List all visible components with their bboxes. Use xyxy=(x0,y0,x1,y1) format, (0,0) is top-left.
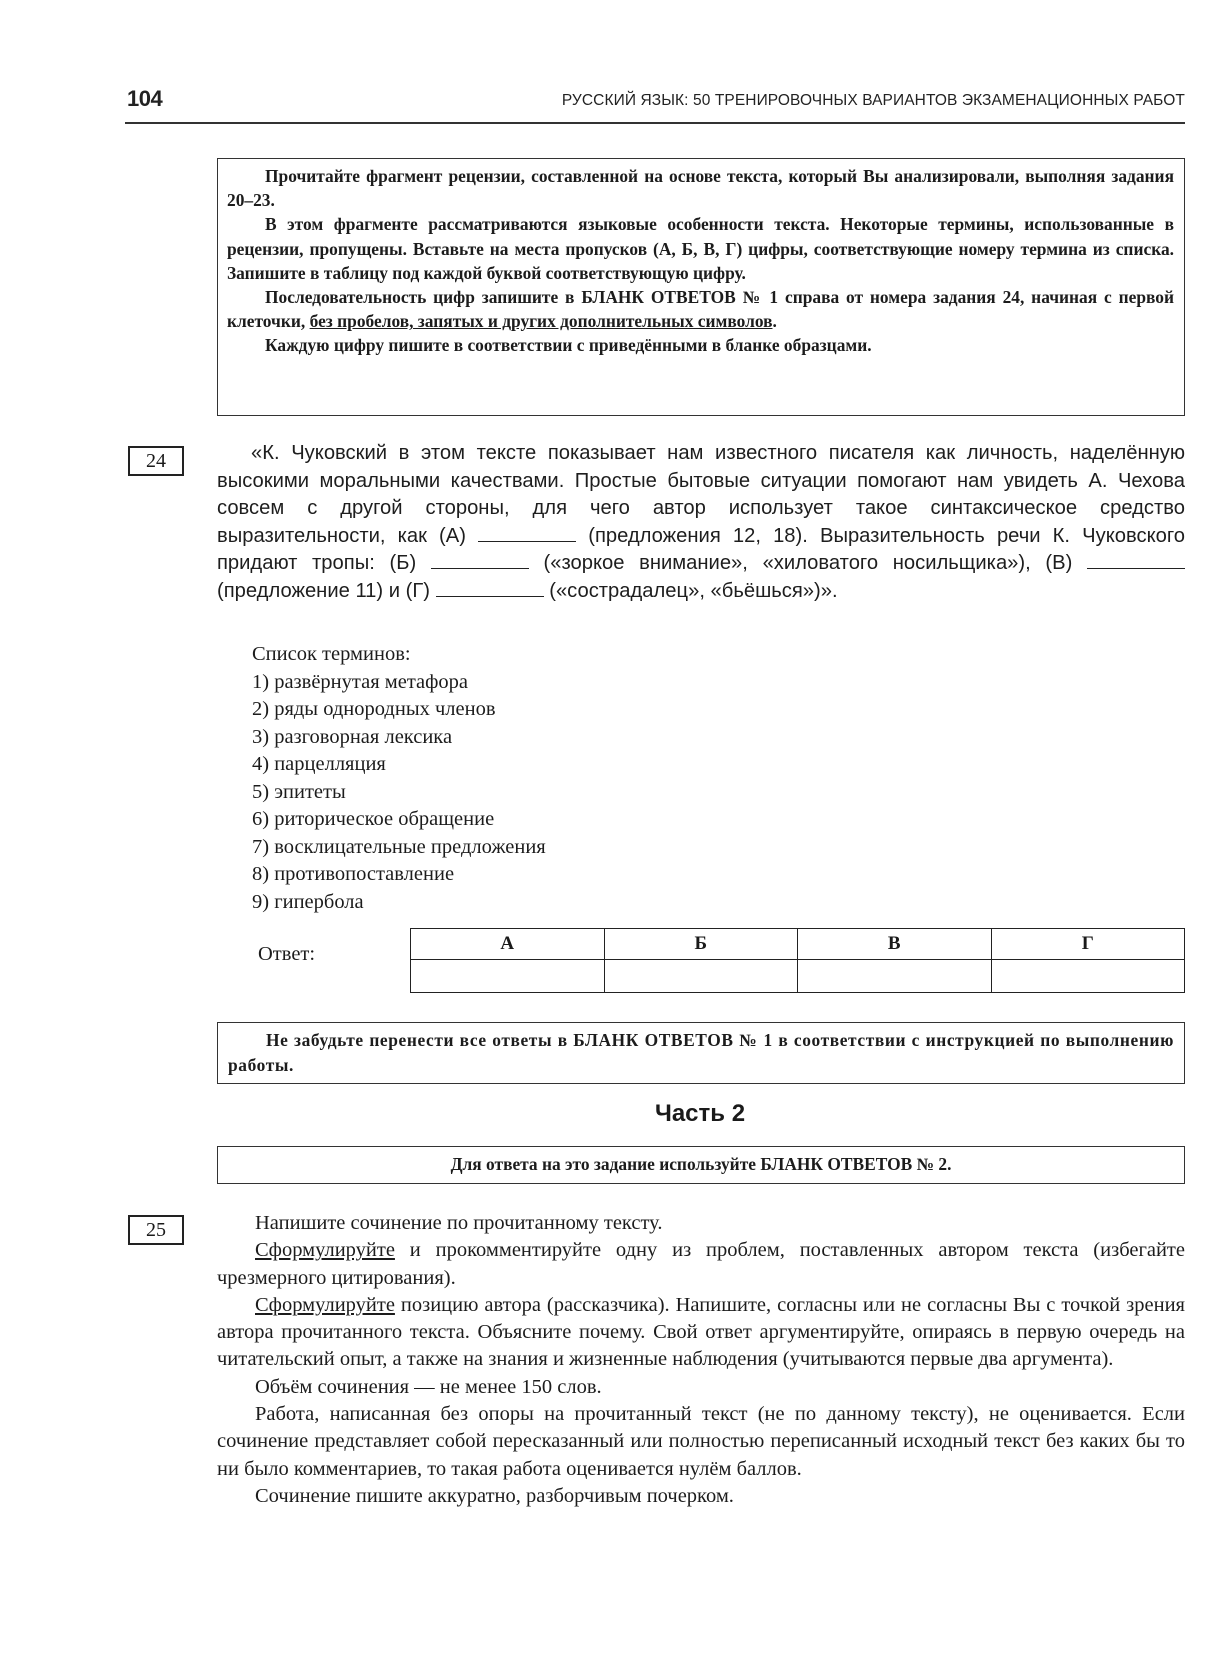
term-item: 4) парцелляция xyxy=(252,751,546,779)
terms-heading: Список терминов: xyxy=(252,641,546,669)
task-number-25: 25 xyxy=(128,1215,184,1245)
answer-sheet-note: Для ответа на это задание используйте БЛ… xyxy=(217,1146,1185,1184)
instruction-underlined-text: без пробелов, запятых и других дополните… xyxy=(310,311,773,331)
term-item: 8) противопоставление xyxy=(252,861,546,889)
essay-paragraph: Объём сочинения — не менее 150 слов. xyxy=(217,1374,1185,1401)
term-item: 6) риторическое обращение xyxy=(252,806,546,834)
term-item: 1) развёрнутая метафора xyxy=(252,669,546,697)
answer-column-header: А xyxy=(411,929,605,960)
term-item: 2) ряды однородных членов xyxy=(252,696,546,724)
answer-column-header: Г xyxy=(991,929,1185,960)
review-text: (предложение 11) и (Г) xyxy=(217,580,436,602)
page-header: 104 РУССКИЙ ЯЗЫК: 50 ТРЕНИРОВОЧНЫХ ВАРИА… xyxy=(125,86,1185,124)
term-item: 5) эпитеты xyxy=(252,779,546,807)
terms-list: Список терминов: 1) развёрнутая метафора… xyxy=(252,641,546,916)
blank-a xyxy=(478,523,576,542)
reminder-text: Не забудьте перенести все ответы в БЛАНК… xyxy=(228,1028,1174,1077)
answer-label: Ответ: xyxy=(258,943,315,966)
answer-column-header: Б xyxy=(604,929,798,960)
answer-cell-a[interactable] xyxy=(411,960,605,993)
reminder-box: Не забудьте перенести все ответы в БЛАНК… xyxy=(217,1022,1185,1084)
essay-paragraph: Сформулируйте позицию автора (рассказчик… xyxy=(217,1292,1185,1374)
task-number-24: 24 xyxy=(128,446,184,476)
instruction-paragraph: В этом фрагменте рассматриваются языковы… xyxy=(227,212,1174,285)
term-item: 7) восклицательные предложения xyxy=(252,834,546,862)
essay-paragraph: Работа, написанная без опоры на прочитан… xyxy=(217,1401,1185,1483)
part-title: Часть 2 xyxy=(0,1100,1216,1128)
instruction-paragraph: Каждую цифру пишите в соответствии с при… xyxy=(227,333,1174,357)
blank-g xyxy=(436,578,544,597)
page-number: 104 xyxy=(127,86,162,112)
instruction-text: . xyxy=(772,311,776,331)
essay-paragraph: Напишите сочинение по прочитанному текст… xyxy=(217,1210,1185,1237)
exam-page: 104 РУССКИЙ ЯЗЫК: 50 ТРЕНИРОВОЧНЫХ ВАРИА… xyxy=(0,0,1216,1654)
review-fragment: «К. Чуковский в этом тексте показывает н… xyxy=(217,440,1185,606)
instruction-paragraph: Прочитайте фрагмент рецензии, составленн… xyxy=(227,164,1174,212)
essay-underlined-word: Сформулируйте xyxy=(255,1239,395,1261)
blank-b xyxy=(431,550,529,569)
term-item: 9) гипербола xyxy=(252,889,546,917)
instruction-paragraph: Последовательность цифр запишите в БЛАНК… xyxy=(227,285,1174,333)
term-item: 3) разговорная лексика xyxy=(252,724,546,752)
review-text: («зоркое внимание», «хиловатого носильщи… xyxy=(529,552,1087,574)
running-title: РУССКИЙ ЯЗЫК: 50 ТРЕНИРОВОЧНЫХ ВАРИАНТОВ… xyxy=(562,92,1185,110)
instructions-box: Прочитайте фрагмент рецензии, составленн… xyxy=(217,158,1185,416)
essay-paragraph: Сочинение пишите аккуратно, разборчивым … xyxy=(217,1483,1185,1510)
answer-cell-b[interactable] xyxy=(604,960,798,993)
answer-cell-g[interactable] xyxy=(991,960,1185,993)
answer-cell-v[interactable] xyxy=(798,960,992,993)
review-text: («сострадалец», «бьёшься»)». xyxy=(544,580,838,602)
blank-v xyxy=(1087,550,1185,569)
essay-underlined-word: Сформулируйте xyxy=(255,1294,395,1316)
answer-column-header: В xyxy=(798,929,992,960)
essay-task: Напишите сочинение по прочитанному текст… xyxy=(217,1210,1185,1510)
essay-paragraph: Сформулируйте и прокомментируйте одну из… xyxy=(217,1237,1185,1292)
answer-table: А Б В Г xyxy=(410,928,1185,993)
